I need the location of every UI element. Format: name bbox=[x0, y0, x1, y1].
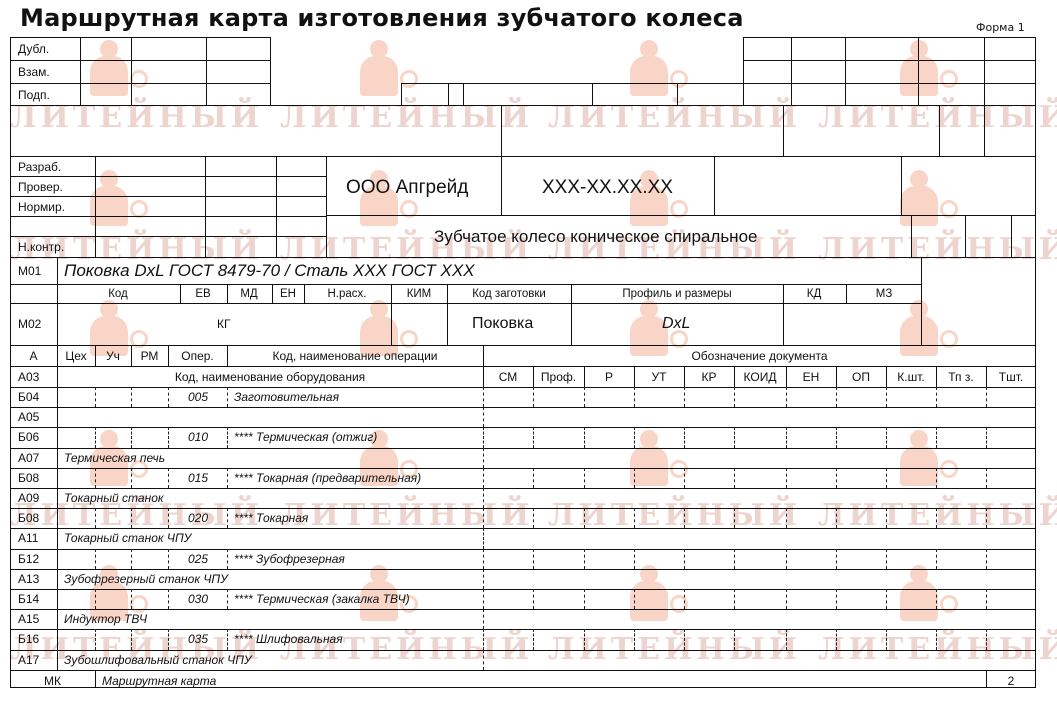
row-code: Б16 bbox=[18, 633, 39, 645]
material-spec: Поковка DxL ГОСТ 8479-70 / Сталь XXX ГОС… bbox=[64, 262, 475, 279]
page-title: Маршрутная карта изготовления зубчатого … bbox=[20, 4, 744, 32]
blank-code-value: Поковка bbox=[472, 316, 533, 332]
material-header-cell: МЗ bbox=[824, 289, 944, 301]
row-code: А13 bbox=[18, 573, 39, 585]
operation-number: 015 bbox=[188, 472, 208, 484]
part-name: Зубчатое колесо коническое спиральное bbox=[434, 228, 757, 245]
operation-number: 005 bbox=[188, 391, 208, 403]
eq-header-label: Код, наименование оборудования bbox=[57, 371, 483, 383]
operation-number: 035 bbox=[188, 633, 208, 645]
equipment-name: Токарный станок bbox=[64, 492, 164, 504]
page-number: 2 bbox=[986, 675, 1036, 687]
profile-value: DxL bbox=[662, 316, 690, 332]
op-header-cell: Уч bbox=[95, 350, 131, 362]
row-code: Б08 bbox=[18, 472, 39, 484]
operation-number: 025 bbox=[188, 553, 208, 565]
approval-label: Взам. bbox=[18, 66, 50, 78]
eq-header-cell: СМ bbox=[483, 371, 533, 383]
row-code: Б06 bbox=[18, 431, 39, 443]
change-block bbox=[743, 37, 1036, 106]
doc-header: Обозначение документа bbox=[483, 350, 1036, 362]
row-code: А07 bbox=[18, 452, 39, 464]
equipment-name: Зубофрезерный станок ЧПУ bbox=[64, 573, 228, 585]
signature-label: Разраб. bbox=[18, 161, 61, 173]
eq-header-cell: Тп з. bbox=[936, 371, 986, 383]
row-code: Б12 bbox=[18, 553, 39, 565]
organization-name: ООО Апгрейд bbox=[346, 178, 468, 197]
eq-header-cell: КР bbox=[684, 371, 734, 383]
operation-number: 010 bbox=[188, 431, 208, 443]
eq-header-code: А03 bbox=[18, 371, 39, 383]
operation-name: **** Термическая (закалка ТВЧ) bbox=[234, 593, 410, 605]
eq-header-cell: Тшт. bbox=[986, 371, 1036, 383]
operation-name: **** Токарная (предварительная) bbox=[234, 472, 421, 484]
eq-header-cell: К.шт. bbox=[886, 371, 936, 383]
operation-name: Заготовительная bbox=[234, 391, 339, 403]
op-header-cell: РМ bbox=[131, 350, 168, 362]
equipment-name: Индуктор ТВЧ bbox=[64, 613, 147, 625]
eq-header-cell: Проф. bbox=[533, 371, 584, 383]
equipment-name: Зубошлифовальный станок ЧПУ bbox=[64, 654, 252, 666]
row-code: А05 bbox=[18, 411, 39, 423]
eq-header-cell: УТ bbox=[634, 371, 684, 383]
signature-label: Нормир. bbox=[18, 201, 65, 213]
equipment-name: Термическая печь bbox=[64, 452, 165, 464]
notes-area bbox=[10, 105, 1036, 157]
signature-label: Н.контр. bbox=[18, 241, 64, 253]
document-code: XXX-XX.XX.XX bbox=[542, 178, 673, 197]
footer-label: Маршрутная карта bbox=[102, 675, 216, 687]
m02-code: М02 bbox=[18, 318, 41, 330]
operation-name: **** Токарная bbox=[234, 512, 308, 524]
approval-label: Дубл. bbox=[18, 43, 49, 55]
eq-header-cell: Р bbox=[584, 371, 634, 383]
form-label: Форма 1 bbox=[976, 21, 1025, 34]
op-header-cell: Опер. bbox=[168, 350, 227, 362]
op-header-cell: Цех bbox=[57, 350, 95, 362]
row-code: А11 bbox=[18, 532, 38, 544]
m01-code: М01 bbox=[18, 265, 41, 277]
material-header-cell: Код заготовки bbox=[449, 289, 569, 301]
row-code: А09 bbox=[18, 492, 39, 504]
row-code: Б04 bbox=[18, 391, 39, 403]
operation-number: 020 bbox=[188, 512, 208, 524]
operation-name: **** Шлифовальная bbox=[234, 633, 343, 645]
approval-label: Подп. bbox=[18, 89, 50, 101]
operation-name: **** Зубофрезерная bbox=[234, 553, 345, 565]
row-code: Б14 bbox=[18, 593, 39, 605]
footer-code: МК bbox=[10, 675, 95, 687]
equipment-name: Токарный станок ЧПУ bbox=[64, 532, 191, 544]
eq-header-cell: ОП bbox=[836, 371, 886, 383]
row-code: А17 bbox=[18, 654, 39, 666]
operation-name: **** Термическая (отжиг) bbox=[234, 431, 377, 443]
ev-value: КГ bbox=[217, 318, 231, 330]
stamp-row bbox=[401, 83, 744, 106]
signature-label: Провер. bbox=[18, 181, 63, 193]
eq-header-cell: КОИД bbox=[734, 371, 786, 383]
op-header-a: А bbox=[10, 350, 57, 362]
op-header-cell: Код, наименование операции bbox=[227, 350, 483, 362]
row-code: Б08 bbox=[18, 512, 39, 524]
material-header-cell: Профиль и размеры bbox=[617, 289, 737, 301]
eq-header-cell: ЕН bbox=[786, 371, 836, 383]
operation-number: 030 bbox=[188, 593, 208, 605]
row-code: А15 bbox=[18, 613, 39, 625]
operations-table bbox=[10, 345, 1036, 688]
